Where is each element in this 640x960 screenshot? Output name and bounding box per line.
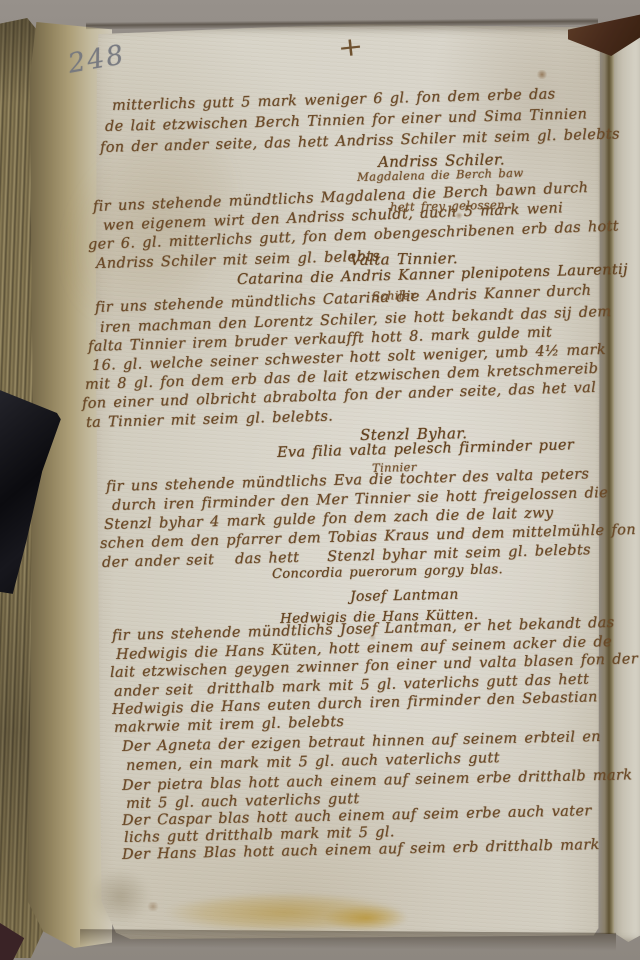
text-layer: mitterlichs gutt 5 mark weniger 6 gl. fo… (0, 0, 640, 960)
photo-backdrop: 248 + mitterlichs gutt 5 mark weniger 6 … (0, 0, 640, 960)
manuscript-interline: Magdalena die Berch baw (357, 166, 524, 184)
manuscript-line: ta Tinnier mit seim gl. belebts. (86, 409, 334, 431)
manuscript-line: makrwie mit irem gl. belebts (114, 714, 345, 736)
manuscript-heading: Eva filia valta pelesch firminder puer (277, 437, 575, 461)
manuscript-heading: Josef Lantman (350, 587, 459, 605)
